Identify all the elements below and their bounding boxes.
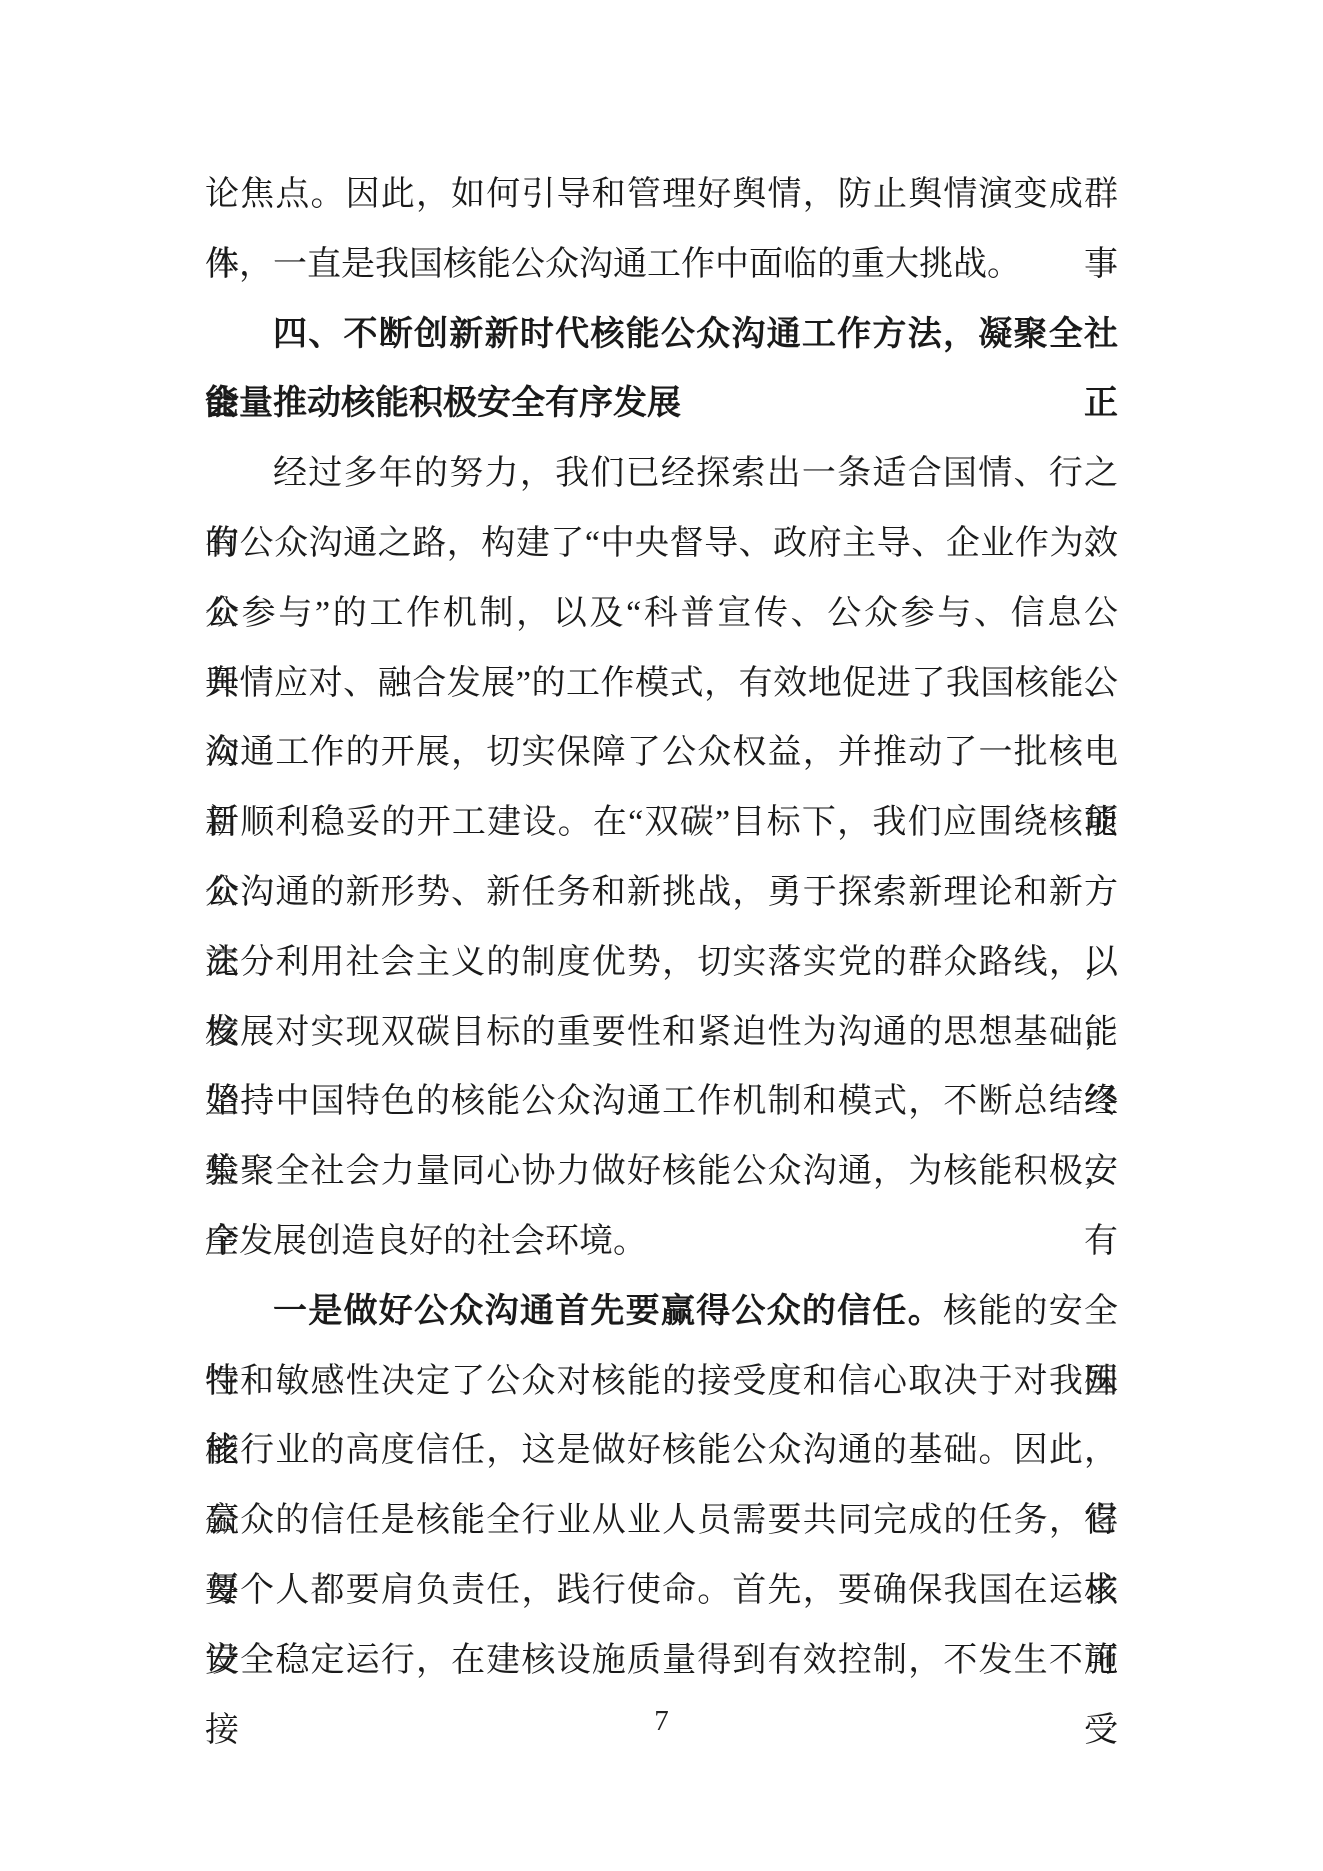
text-block: 论焦点。因此，如何引导和管理好舆情，防止舆情演变成群体事 件，一直是我国核能公众…	[205, 160, 1118, 1696]
text-line: 充分利用社会主义的制度优势，切实落实党的群众路线，以核能	[205, 928, 1118, 998]
text-line: 众沟通的新形势、新任务和新挑战，勇于探索新理论和新方法，	[205, 858, 1118, 928]
text-line: 的公众沟通之路，构建了“中央督导、政府主导、企业作为、公	[205, 509, 1118, 579]
paragraph-continuation: 论焦点。因此，如何引导和管理好舆情，防止舆情演变成群体事 件，一直是我国核能公众…	[205, 160, 1118, 300]
text-line: 经过多年的努力，我们已经探索出一条适合国情、行之有效	[205, 439, 1118, 509]
text-line: 论焦点。因此，如何引导和管理好舆情，防止舆情演变成群体事	[205, 160, 1118, 230]
text-line: 性和敏感性决定了公众对核能的接受度和信心取决于对我国核	[205, 1347, 1118, 1417]
text-line: 件，一直是我国核能公众沟通工作中面临的重大挑战。	[205, 230, 1118, 300]
section-heading: 四、不断创新新时代核能公众沟通工作方法，凝聚全社会正 能量推动核能积极安全有序发…	[205, 300, 1118, 440]
text-line: 沟通工作的开展，切实保障了公众权益，并推动了一批核电新项	[205, 718, 1118, 788]
text-line: 坚持中国特色的核能公众沟通工作机制和模式，不断总结经验，	[205, 1067, 1118, 1137]
text-line: 集聚全社会力量同心协力做好核能公众沟通，为核能积极安全有	[205, 1137, 1118, 1207]
text-line: 公众的信任是核能全行业从业人员需要共同完成的任务，它要求	[205, 1486, 1118, 1556]
text-line: 发展对实现双碳目标的重要性和紧迫性为沟通的思想基础，始终	[205, 998, 1118, 1068]
paragraph-emphasis-lead: 一是做好公众沟通首先要赢得公众的信任。核能的安全特殊 性和敏感性决定了公众对核能…	[205, 1277, 1118, 1696]
text-line: 能行业的高度信任，这是做好核能公众沟通的基础。因此，赢得	[205, 1416, 1118, 1486]
text-line: 一是做好公众沟通首先要赢得公众的信任。核能的安全特殊	[205, 1277, 1118, 1347]
heading-line: 四、不断创新新时代核能公众沟通工作方法，凝聚全社会正	[205, 300, 1118, 370]
paragraph-body: 经过多年的努力，我们已经探索出一条适合国情、行之有效 的公众沟通之路，构建了“中…	[205, 439, 1118, 1277]
text-line: 目顺利稳妥的开工建设。在“双碳”目标下，我们应围绕核能公	[205, 788, 1118, 858]
text-line: 每个人都要肩负责任，践行使命。首先，要确保我国在运核设施	[205, 1556, 1118, 1626]
text-line: 舆情应对、融合发展”的工作模式，有效地促进了我国核能公众	[205, 649, 1118, 719]
document-page: 论焦点。因此，如何引导和管理好舆情，防止舆情演变成群体事 件，一直是我国核能公众…	[0, 0, 1323, 1871]
page-number: 7	[0, 1686, 1323, 1756]
bold-lead-text: 一是做好公众沟通首先要赢得公众的信任。	[273, 1293, 943, 1330]
text-line: 众参与”的工作机制，以及“科普宣传、公众参与、信息公开、	[205, 579, 1118, 649]
